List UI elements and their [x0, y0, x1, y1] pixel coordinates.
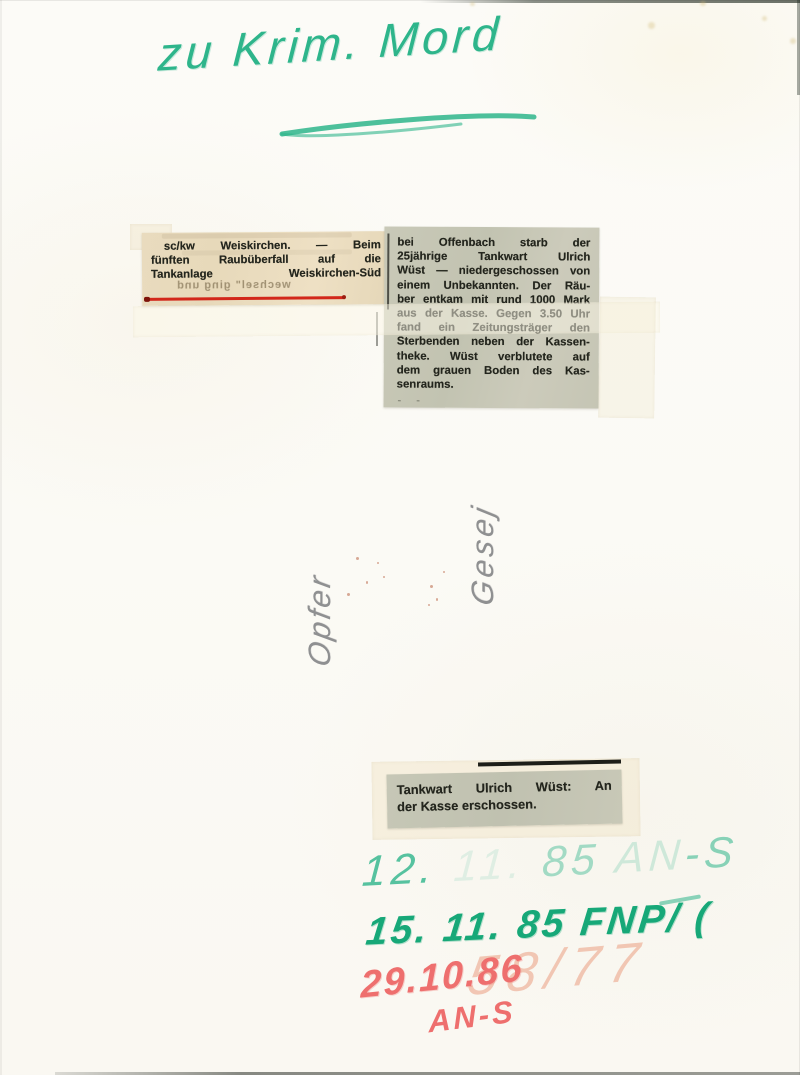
article-line: einem Unbekannten. Der Räu- — [397, 278, 590, 293]
handwritten-topic-note: zu Krim. Mord — [157, 5, 504, 81]
date-part: 12. — [361, 844, 439, 896]
red-speck — [383, 576, 385, 578]
paper-stain — [790, 38, 796, 44]
paper-stain — [700, 1, 706, 6]
article-line: fünften Raubüberfall auf die — [151, 252, 381, 268]
red-speck — [443, 571, 445, 573]
column-rule — [387, 233, 389, 309]
paper-stain — [762, 16, 767, 21]
paper-stain — [470, 2, 475, 6]
red-speck — [428, 604, 430, 606]
photo-left-edge — [0, 0, 2, 1075]
article-line: Sterbenden neben der Kassen- — [397, 335, 590, 350]
paper-stain — [648, 22, 655, 29]
handwritten-code-red: AN-S — [427, 994, 516, 1041]
mirrored-bleedthrough-text: wechsel" ging und — [176, 279, 291, 292]
tape-strip-horizontal — [133, 302, 660, 338]
article-line: dem grauen Boden des Kas- — [397, 363, 590, 378]
red-speck — [356, 557, 359, 560]
article-line: 25jährige Tankwart Ulrich — [397, 250, 590, 265]
date-part: 85 — [524, 834, 617, 887]
newspaper-clipping-left-fragment: sc/kw Weiskirchen. — Beim fünften Raubüb… — [142, 231, 390, 306]
red-speck — [377, 562, 379, 564]
pencil-note-opfer: Opfer — [302, 542, 362, 703]
article-line: senraums. — [397, 378, 590, 393]
article-line: sc/kw Weiskirchen. — Beim — [151, 238, 381, 254]
article-line: theke. Wüst verblutete auf — [397, 349, 590, 364]
red-speck — [347, 593, 350, 596]
caption-clipping: Tankwart Ulrich Wüst: An der Kasse ersch… — [386, 770, 622, 829]
red-speck — [430, 585, 433, 588]
red-speck — [436, 598, 438, 601]
date-part: -S — [683, 828, 739, 879]
tape-strip-vertical — [598, 297, 656, 419]
press-photo-back: zu Krim. Mord sc/kw Weiskirchen. — Beim … — [0, 0, 800, 1075]
green-underline-stroke — [266, 104, 556, 148]
date-part: 11. — [435, 839, 527, 892]
pencil-note-gesej: Gesej — [465, 471, 525, 644]
article-left-column: sc/kw Weiskirchen. — Beim fünften Raubüb… — [151, 238, 381, 282]
red-speck — [366, 581, 368, 584]
article-line: Wüst — niedergeschossen von — [397, 264, 590, 279]
cutoff-next-line-marks: - - — [398, 395, 426, 407]
article-line: bei Offenbach starb der — [397, 236, 590, 251]
photo-top-edge-faint — [0, 0, 800, 1]
date-part: AN — [614, 831, 687, 883]
